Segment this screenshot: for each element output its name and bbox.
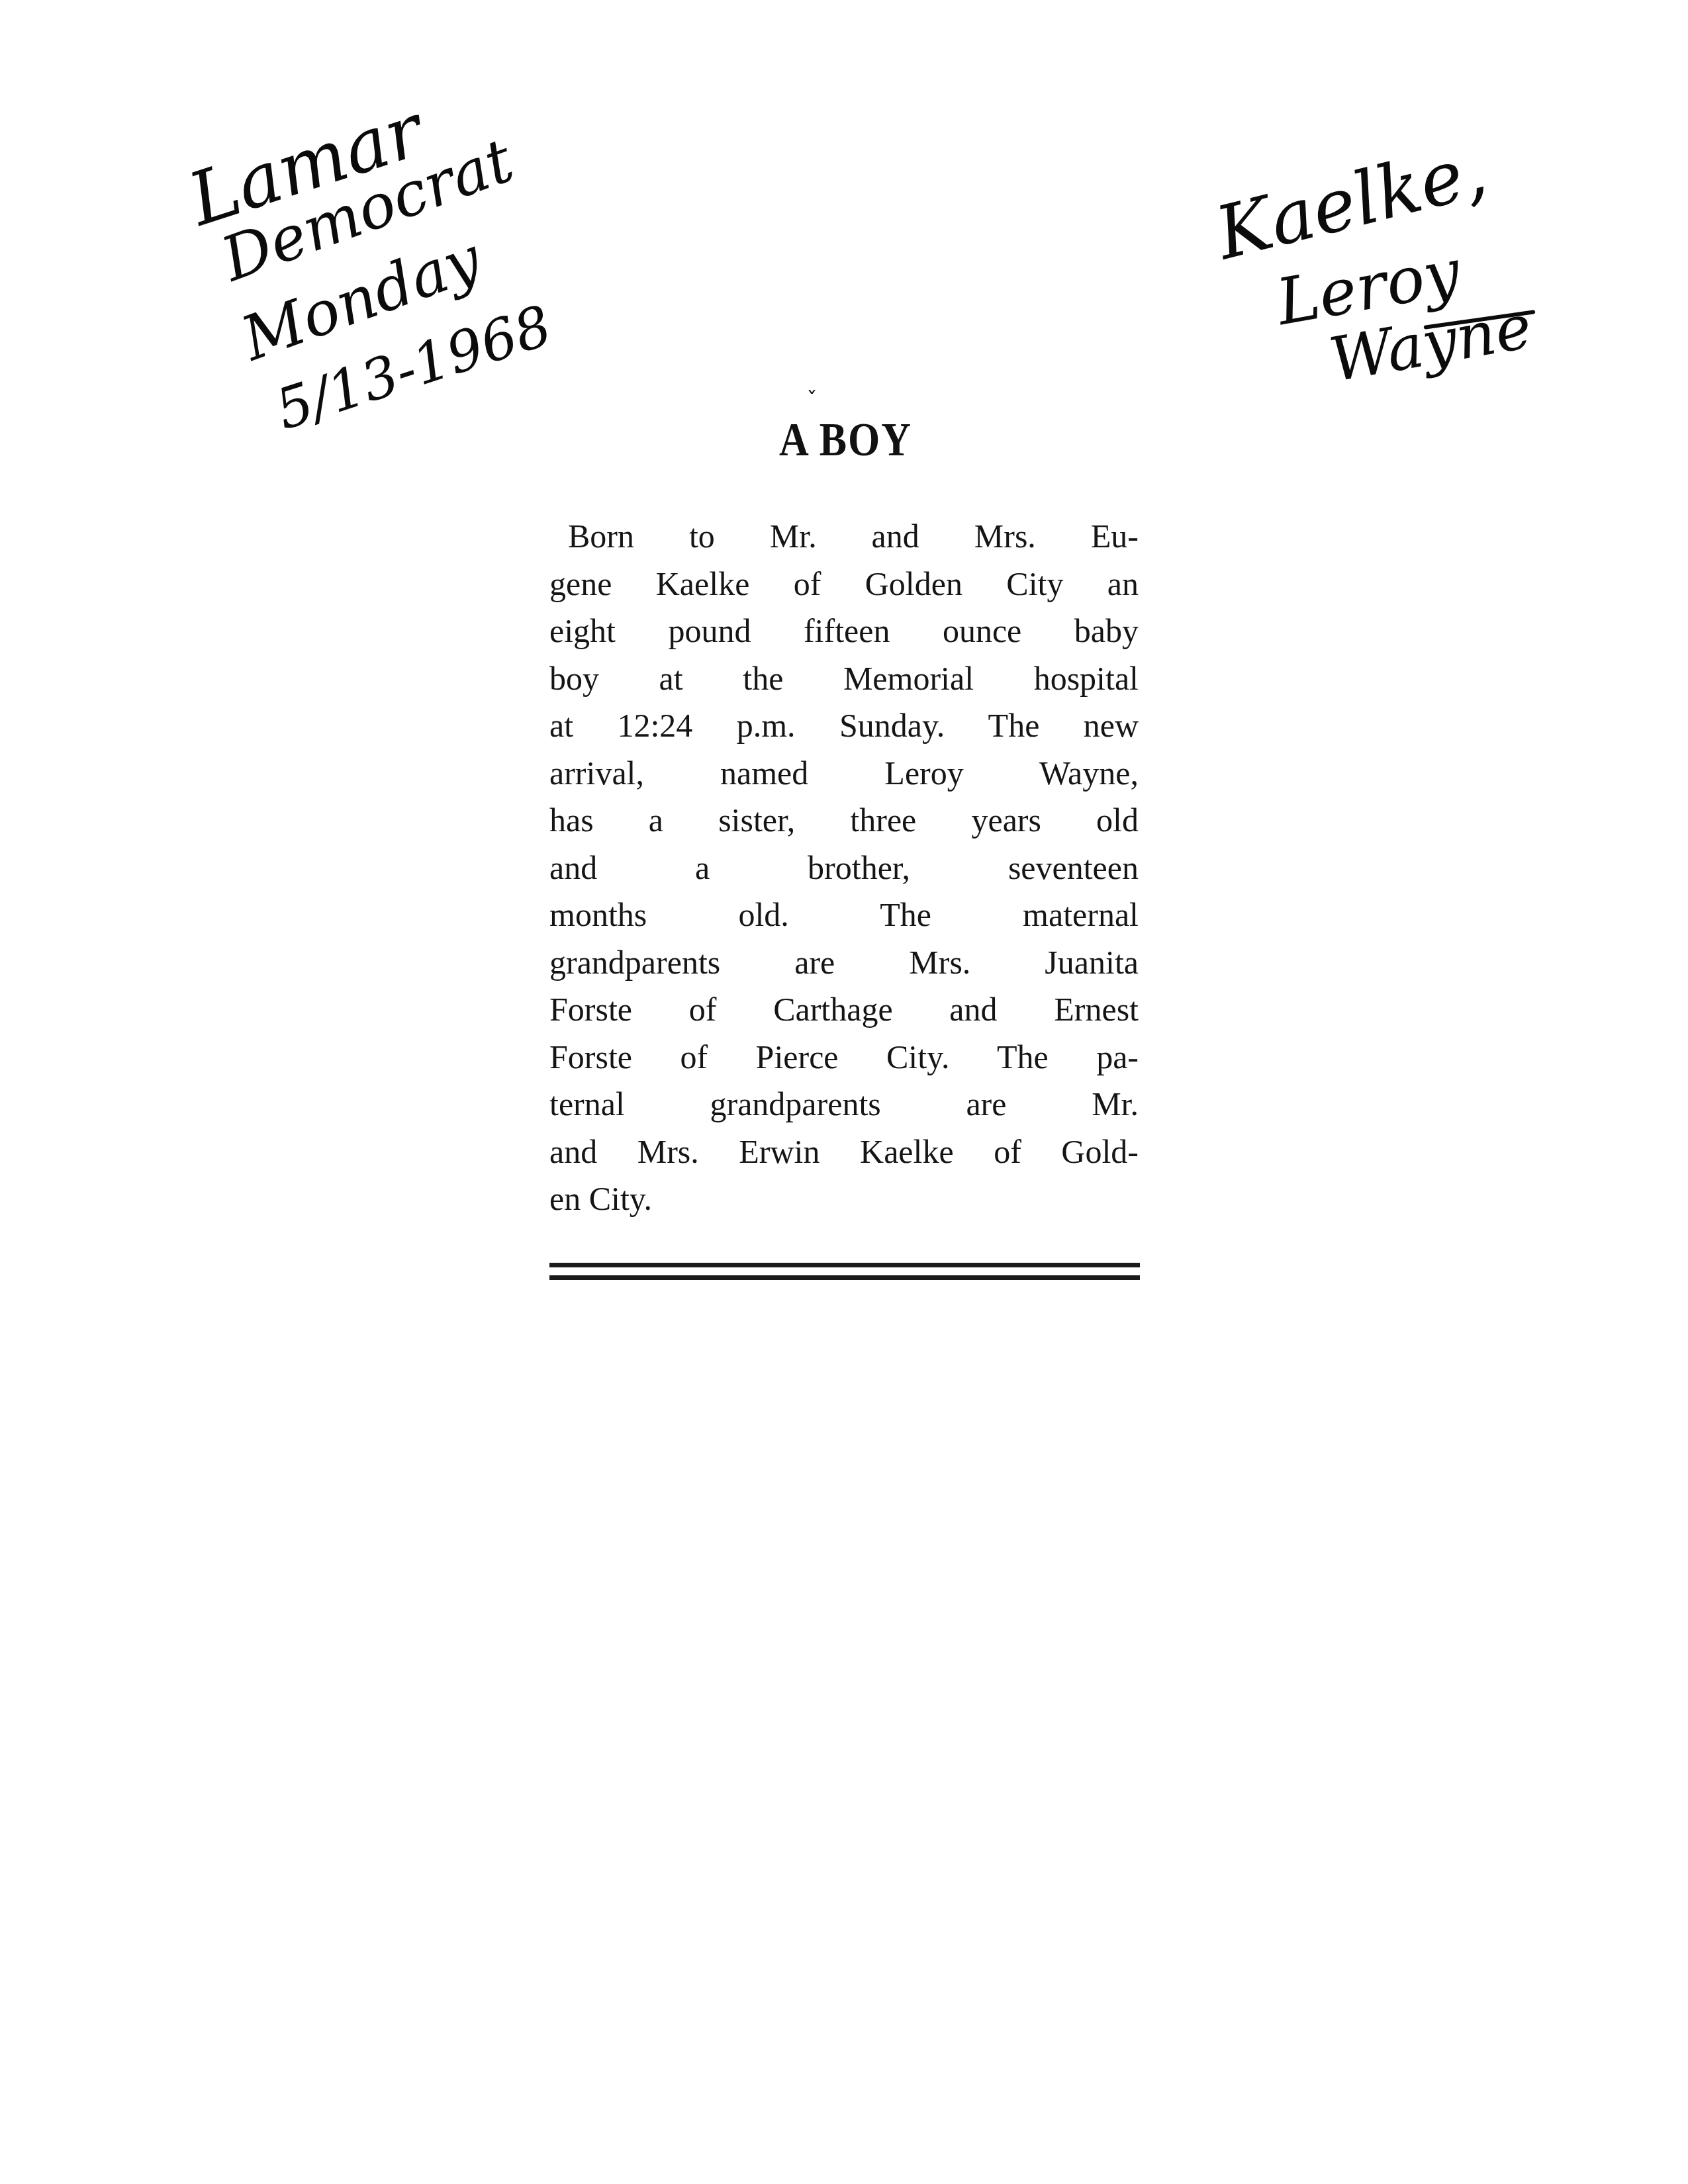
body-line: grandparents are Mrs. Juanita	[549, 939, 1139, 987]
body-line: Born to Mr. and Mrs. Eu-	[549, 513, 1139, 561]
clipping-body: Born to Mr. and Mrs. Eu- gene Kaelke of …	[549, 513, 1139, 1223]
body-line: en City.	[549, 1175, 1139, 1223]
body-line: Forste of Pierce City. The pa-	[549, 1034, 1139, 1081]
body-line: and Mrs. Erwin Kaelke of Gold-	[549, 1128, 1139, 1176]
body-line: boy at the Memorial hospital	[549, 655, 1139, 703]
body-line: arrival, named Leroy Wayne,	[549, 750, 1139, 797]
body-line: Forste of Carthage and Ernest	[549, 986, 1139, 1034]
double-rule-top	[549, 1263, 1140, 1267]
body-line: ternal grandparents are Mr.	[549, 1081, 1139, 1128]
body-line: and a brother, seventeen	[549, 844, 1139, 892]
body-line: gene Kaelke of Golden City an	[549, 561, 1139, 608]
stray-mark: ˇ	[806, 387, 818, 414]
body-line: has a sister, three years old	[549, 797, 1139, 844]
double-rule-bottom	[549, 1275, 1140, 1280]
body-line: at 12:24 p.m. Sunday. The new	[549, 702, 1139, 750]
clipping-headline: A BOY	[549, 414, 1142, 468]
body-line: eight pound fifteen ounce baby	[549, 608, 1139, 655]
body-line: months old. The maternal	[549, 891, 1139, 939]
